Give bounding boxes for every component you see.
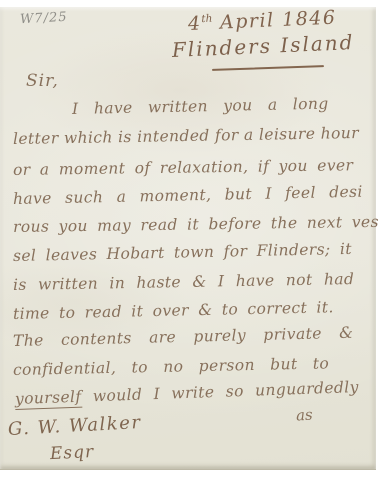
body-line: have such a moment, but I feel desi [13,183,363,208]
body-line: is written in haste & I have not had [13,270,355,294]
body-line: time to read it over & to correct it. [13,298,334,323]
catchword: as [295,405,313,424]
addressee-name: G. W. Walker [7,412,141,440]
scanned-letter-page: W7/25 4th April 1846 Flinders Island Sir… [0,0,378,480]
addressee-title: Esqr [50,442,95,464]
letter-place: Flinders Island [171,30,354,62]
body-line: The contents are purely private & [13,324,354,350]
letter-paper: W7/25 4th April 1846 Flinders Island Sir… [0,7,376,470]
salutation: Sir, [26,71,59,91]
body-line-rest: would I write so unguardedly [81,378,359,406]
body-line: or a moment of relaxation, if you ever [13,156,354,179]
body-line: sel leaves Hobart town for Flinders; it [13,240,352,265]
date-month-year: April 1846 [212,7,337,34]
body-line: letter which is intended for a leisure h… [13,124,359,148]
body-line: confidential, to no person but to [13,354,330,379]
archival-mark: W7/25 [20,10,68,27]
body-line: rous you may read it before the next ves [13,213,378,236]
place-underline-rule [212,65,324,71]
letter-date: 4th April 1846 [188,7,337,35]
body-line: I have written you a long [72,95,329,118]
date-ordinal-suffix: th [201,13,212,25]
date-day: 4 [188,12,203,35]
body-line: yourself would I write so unguardedly [15,378,359,408]
underlined-word: yourself [15,388,82,410]
